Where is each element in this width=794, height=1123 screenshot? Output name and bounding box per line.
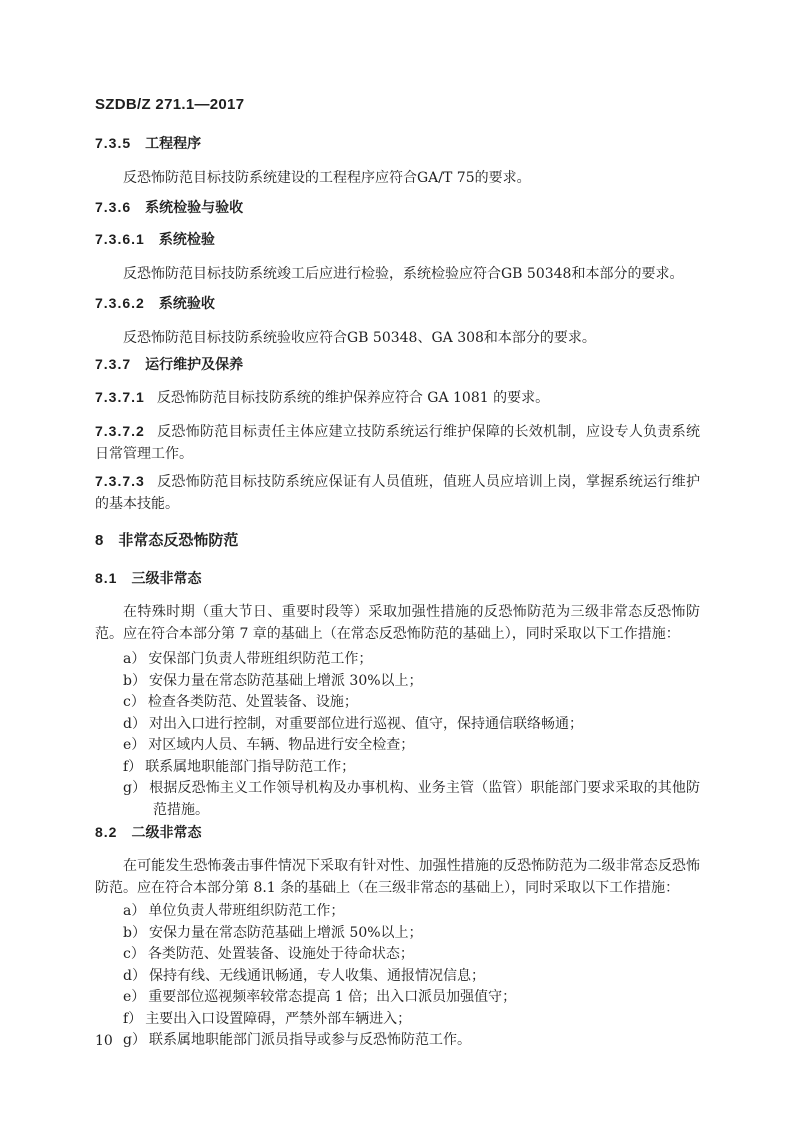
list-marker: a） — [123, 903, 145, 919]
heading-8-1: 8.1三级非常态 — [95, 570, 700, 587]
list-item: b）安保力量在常态防范基础上增派 50%以上； — [123, 923, 700, 945]
list-item-text: 检查各类防范、处置装备、设施； — [148, 694, 358, 710]
heading-number: 7.3.6.2 — [95, 295, 145, 311]
list-marker: c） — [123, 946, 145, 962]
heading-8-2: 8.2二级非常态 — [95, 824, 700, 841]
list-item: a）单位负责人带班组织防范工作； — [123, 901, 700, 923]
list-item-text: 安保部门负责人带班组织防范工作； — [148, 651, 372, 667]
heading-number: 7.3.6.1 — [95, 231, 145, 247]
clause-text: 反恐怖防范目标技防系统的维护保养应符合 GA 1081 的要求。 — [157, 390, 549, 406]
heading-8: 8非常态反恐怖防范 — [95, 532, 700, 550]
list-marker: f） — [123, 759, 142, 775]
list-item: b）安保力量在常态防范基础上增派 30%以上； — [123, 671, 700, 693]
clause-text: 反恐怖防范目标技防系统应保证有人员值班，值班人员应培训上岗，掌握系统运行维护的基… — [95, 474, 700, 512]
paragraph-7-3-6-2: 反恐怖防范目标技防系统验收应符合GB 50348、GA 308和本部分的要求。 — [95, 327, 700, 349]
list-item-text: 对出入口进行控制，对重要部位进行巡视、值守，保持通信联络畅通； — [149, 716, 583, 732]
list-item: f）主要出入口设置障碍，严禁外部车辆进入； — [123, 1009, 700, 1031]
heading-number: 7.3.5 — [95, 135, 131, 151]
list-item-text: 联系属地职能部门指导防范工作； — [145, 759, 355, 775]
list-marker: e） — [123, 989, 145, 1005]
paragraph-8-1: 在特殊时期（重大节日、重要时段等）采取加强性措施的反恐怖防范为三级非常态反恐怖防… — [95, 601, 700, 645]
heading-title: 系统检验与验收 — [145, 199, 243, 215]
heading-7-3-7: 7.3.7运行维护及保养 — [95, 356, 700, 373]
list-item-text: 对区域内人员、车辆、物品进行安全检查； — [148, 737, 414, 753]
list-item-text: 单位负责人带班组织防范工作； — [148, 903, 344, 919]
list-marker: b） — [123, 925, 146, 941]
heading-title: 二级非常态 — [131, 824, 201, 840]
page-number: 10 — [95, 1033, 113, 1049]
heading-7-3-6: 7.3.6系统检验与验收 — [95, 199, 700, 216]
list-item-text: 保持有线、无线通讯畅通，专人收集、通报情况信息； — [149, 968, 485, 984]
list-item-text: 根据反恐怖主义工作领导机构及办事机构、业务主管（监管）职能部门要求采取的其他防范… — [149, 780, 700, 818]
heading-title: 工程程序 — [145, 135, 201, 151]
clause-number: 7.3.7.3 — [95, 473, 145, 489]
list-marker: d） — [123, 968, 146, 984]
heading-number: 8.2 — [95, 824, 117, 840]
paragraph-7-3-5: 反恐怖防范目标技防系统建设的工程程序应符合GA/T 75的要求。 — [95, 167, 700, 189]
list-item-text: 重要部位巡视频率较常态提高 1 倍；出入口派员加强值守； — [148, 989, 516, 1005]
heading-number: 7.3.7 — [95, 356, 131, 372]
list-item-text: 安保力量在常态防范基础上增派 30%以上； — [149, 673, 423, 689]
heading-title: 三级非常态 — [131, 570, 201, 586]
list-item: g）联系属地职能部门派员指导或参与反恐怖防范工作。 — [123, 1030, 700, 1052]
document-page: SZDB/Z 271.1—2017 7.3.5工程程序 反恐怖防范目标技防系统建… — [0, 0, 794, 1123]
list-8-2: a）单位负责人带班组织防范工作； b）安保力量在常态防范基础上增派 50%以上；… — [95, 901, 700, 1052]
heading-7-3-6-2: 7.3.6.2系统验收 — [95, 295, 700, 312]
list-item-text: 各类防范、处置装备、设施处于待命状态； — [148, 946, 414, 962]
paragraph-7-3-6-1: 反恐怖防范目标技防系统竣工后应进行检验，系统检验应符合GB 50348和本部分的… — [95, 263, 700, 285]
list-item: c）各类防范、处置装备、设施处于待命状态； — [123, 944, 700, 966]
heading-number: 7.3.6 — [95, 199, 131, 215]
clause-7-3-7-1: 7.3.7.1反恐怖防范目标技防系统的维护保养应符合 GA 1081 的要求。 — [95, 386, 700, 409]
list-marker: d） — [123, 716, 146, 732]
list-item-text: 联系属地职能部门派员指导或参与反恐怖防范工作。 — [149, 1032, 471, 1048]
heading-title: 非常态反恐怖防范 — [118, 532, 238, 549]
list-8-1: a）安保部门负责人带班组织防范工作； b）安保力量在常态防范基础上增派 30%以… — [95, 649, 700, 821]
list-marker: g） — [123, 1032, 146, 1048]
list-marker: a） — [123, 651, 145, 667]
list-item: d）对出入口进行控制，对重要部位进行巡视、值守，保持通信联络畅通； — [123, 714, 700, 736]
heading-7-3-6-1: 7.3.6.1系统检验 — [95, 231, 700, 248]
paragraph-8-2: 在可能发生恐怖袭击事件情况下采取有针对性、加强性措施的反恐怖防范为二级非常态反恐… — [95, 855, 700, 899]
list-item: e）重要部位巡视频率较常态提高 1 倍；出入口派员加强值守； — [123, 987, 700, 1009]
list-marker: g） — [123, 780, 146, 796]
list-item: d）保持有线、无线通讯畅通，专人收集、通报情况信息； — [123, 966, 700, 988]
clause-number: 7.3.7.1 — [95, 389, 145, 405]
list-marker: f） — [123, 1011, 142, 1027]
heading-title: 系统验收 — [159, 295, 215, 311]
heading-7-3-5: 7.3.5工程程序 — [95, 135, 700, 152]
list-item: f）联系属地职能部门指导防范工作； — [123, 757, 700, 779]
list-marker: b） — [123, 673, 146, 689]
heading-title: 运行维护及保养 — [145, 356, 243, 372]
list-item: e）对区域内人员、车辆、物品进行安全检查； — [123, 735, 700, 757]
list-item-text: 安保力量在常态防范基础上增派 50%以上； — [149, 925, 423, 941]
document-header: SZDB/Z 271.1—2017 — [95, 96, 700, 113]
clause-7-3-7-3: 7.3.7.3反恐怖防范目标技防系统应保证有人员值班，值班人员应培训上岗，掌握系… — [95, 470, 700, 515]
clause-text: 反恐怖防范目标责任主体应建立技防系统运行维护保障的长效机制，应设专人负责系统日常… — [95, 424, 700, 462]
list-marker: e） — [123, 737, 145, 753]
clause-number: 7.3.7.2 — [95, 423, 145, 439]
list-item-text: 主要出入口设置障碍，严禁外部车辆进入； — [145, 1011, 411, 1027]
list-marker: c） — [123, 694, 145, 710]
heading-number: 8 — [95, 532, 104, 549]
heading-number: 8.1 — [95, 570, 117, 586]
list-item: g）根据反恐怖主义工作领导机构及办事机构、业务主管（监管）职能部门要求采取的其他… — [123, 778, 700, 821]
clause-7-3-7-2: 7.3.7.2反恐怖防范目标责任主体应建立技防系统运行维护保障的长效机制，应设专… — [95, 420, 700, 465]
list-item: c）检查各类防范、处置装备、设施； — [123, 692, 700, 714]
list-item: a）安保部门负责人带班组织防范工作； — [123, 649, 700, 671]
heading-title: 系统检验 — [159, 231, 215, 247]
standard-number: SZDB/Z 271.1—2017 — [95, 96, 244, 113]
